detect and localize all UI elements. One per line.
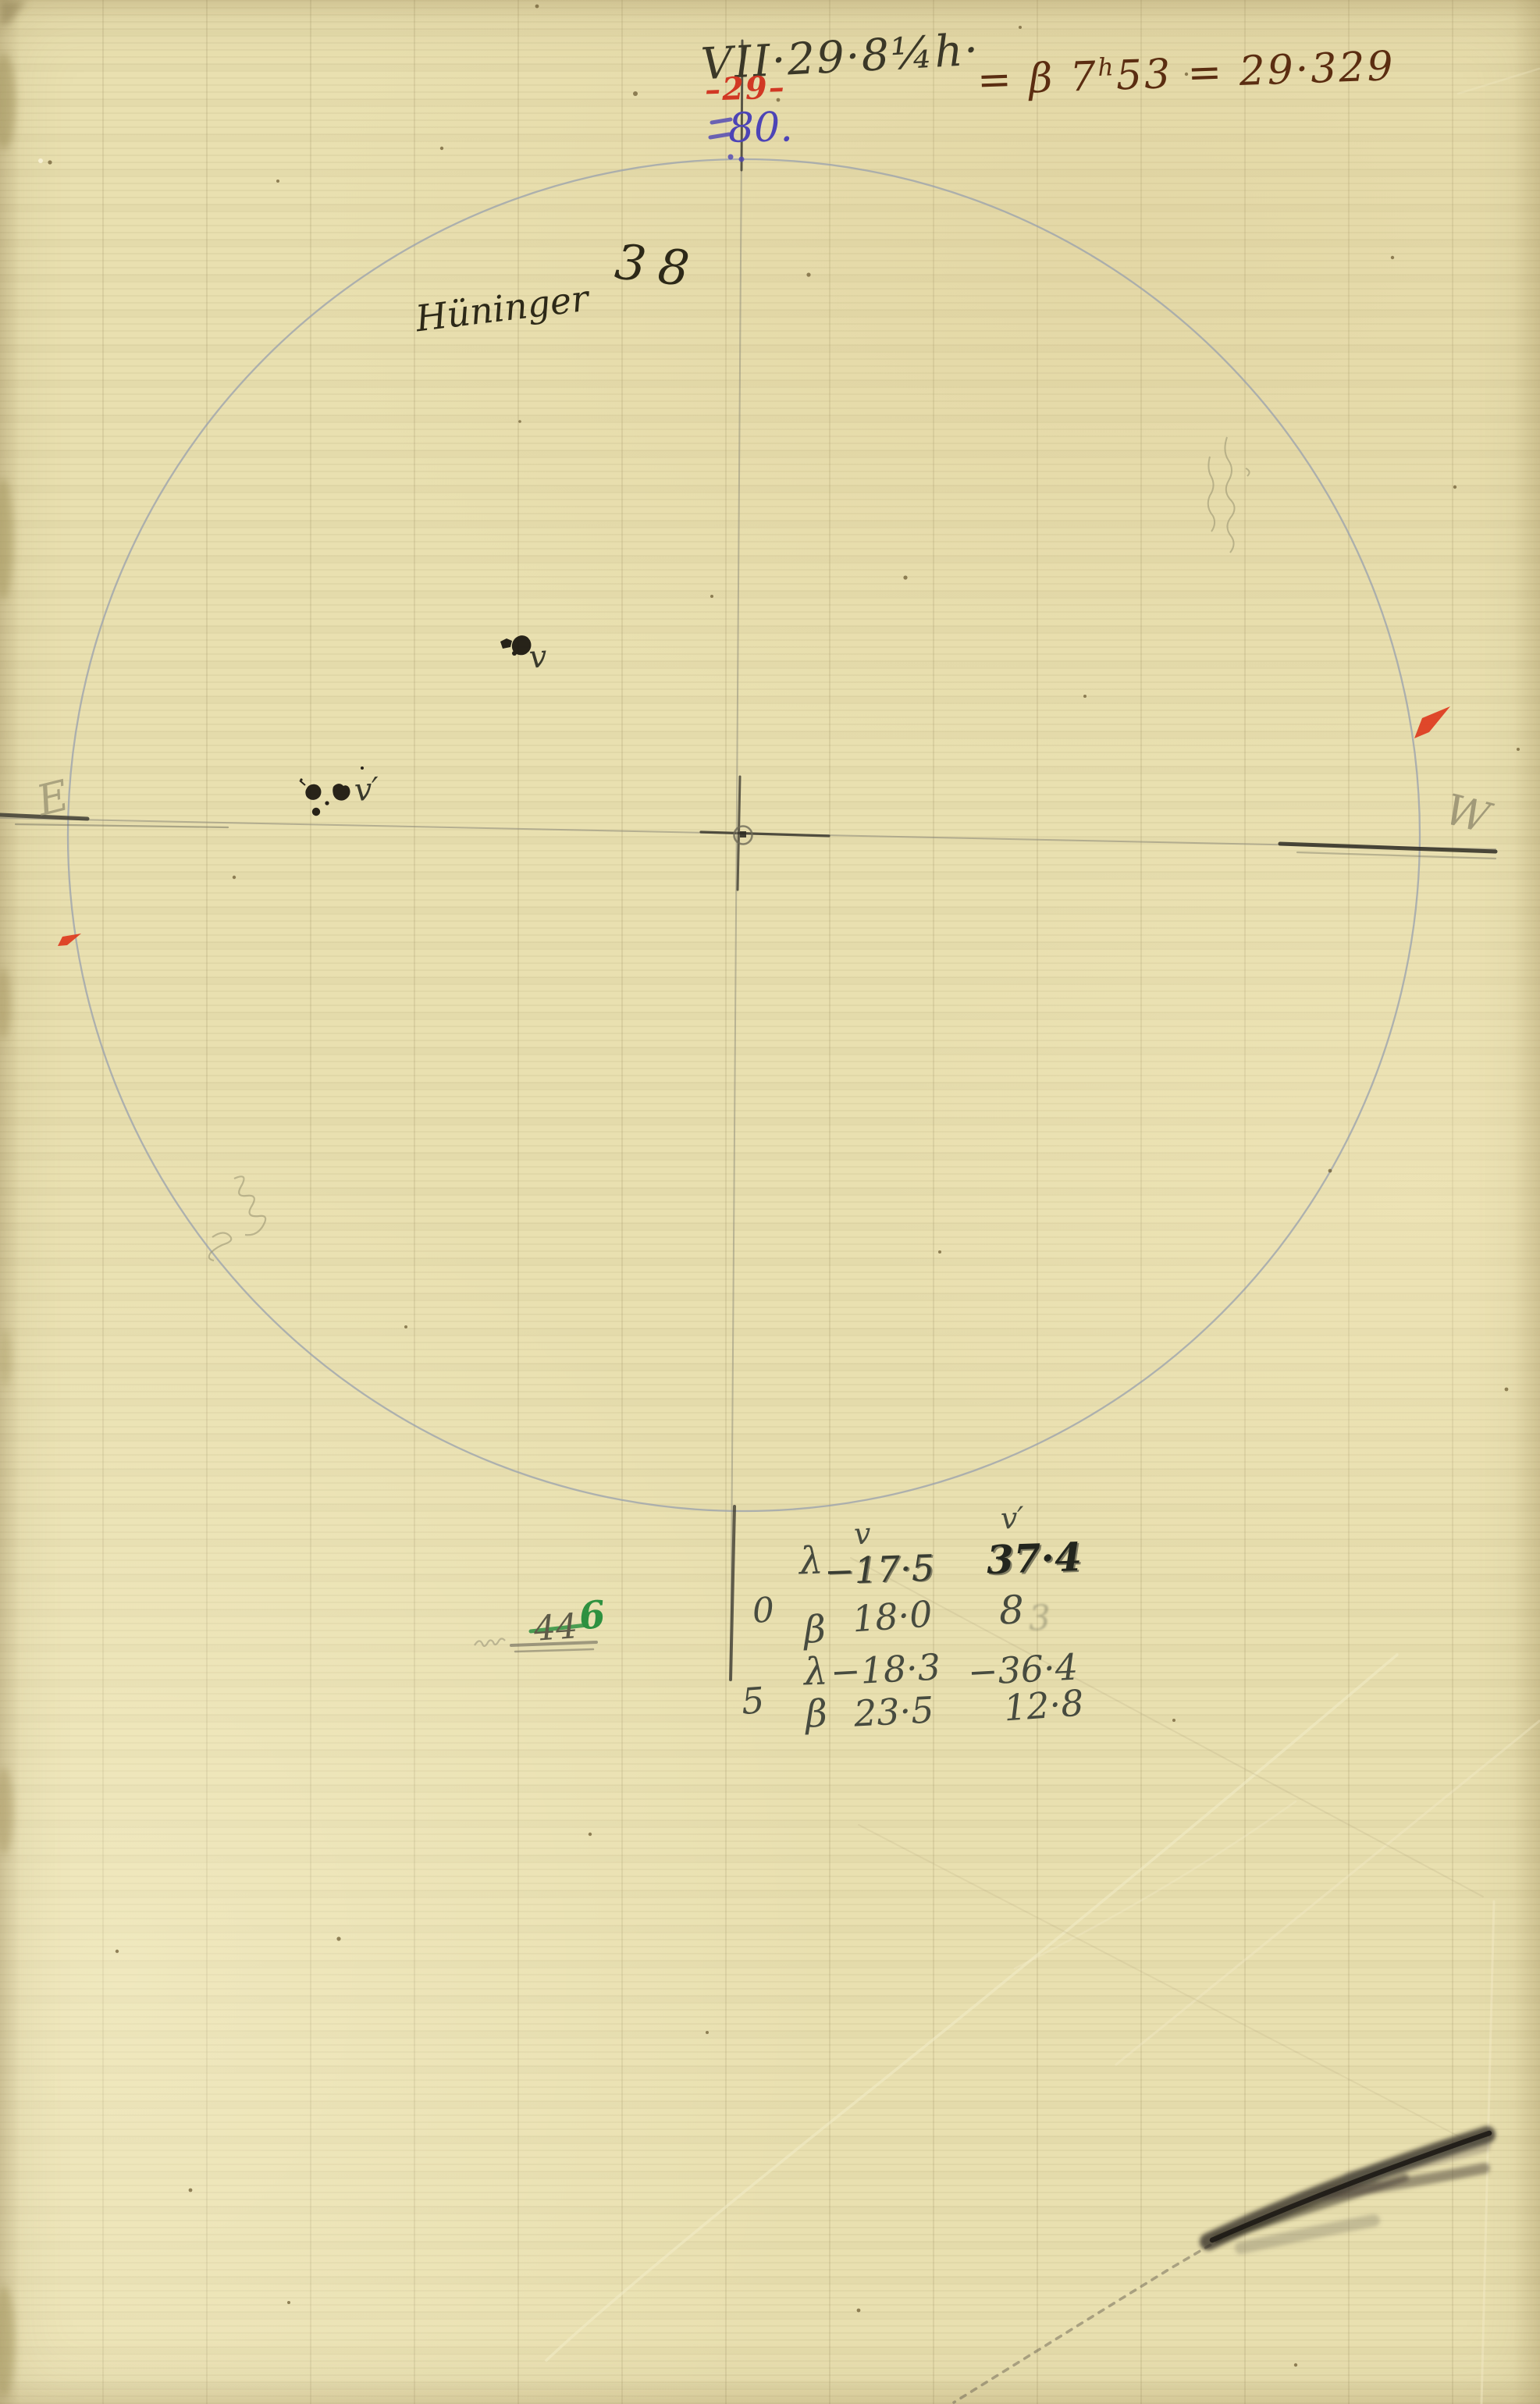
- pencil-scribble-upper-right: [1208, 437, 1250, 553]
- beta-symbol-row4: β: [805, 1695, 827, 1734]
- column-header-v: v: [853, 1518, 871, 1549]
- red-limb-tick-right: [1414, 706, 1450, 738]
- pencil-scribble-lower-left: [209, 1176, 265, 1261]
- pencil-scribble-mm: [475, 1638, 505, 1646]
- lambda-v-value-row1: −17·5: [823, 1550, 934, 1590]
- blue-year-number: 80.: [728, 107, 794, 148]
- beta-symbol-row2: β: [803, 1611, 826, 1649]
- smudged-digit-row2: 3: [1028, 1602, 1051, 1637]
- group-marker-0: 0: [751, 1593, 775, 1629]
- vertical-axis-line: [731, 41, 742, 1680]
- lambda-symbol-row1: λ: [798, 1542, 823, 1580]
- crossed-out-number: 44: [533, 1609, 579, 1647]
- beta-v-prime-value-row4: 12·8: [1003, 1684, 1085, 1726]
- column-header-v-prime: v′: [1000, 1502, 1025, 1534]
- beta-v-prime-value-row2: 8: [998, 1590, 1025, 1630]
- horizontal-axis-line: [0, 815, 1496, 859]
- red-day-number: –29–: [704, 72, 786, 106]
- formula-part-1: = β 7: [976, 53, 1099, 104]
- green-replacement-number: 6: [578, 1595, 607, 1635]
- lambda-v-prime-value-row1: 37·4: [986, 1538, 1082, 1580]
- group-marker-5: 5: [740, 1682, 765, 1719]
- red-limb-tick-left: [58, 934, 81, 946]
- formula-superscript-h: h: [1097, 53, 1116, 82]
- formula-part-2: 53 = 29·329: [1115, 43, 1396, 99]
- beta-v-value-row2: 18·0: [852, 1595, 934, 1637]
- drawing-layer: [0, 0, 1540, 2404]
- sunspot-group-v: [500, 635, 531, 656]
- observation-number: 38: [613, 237, 704, 294]
- paper-creases: [546, 69, 1539, 2404]
- lambda-v-value-row3: −18·3: [830, 1648, 941, 1690]
- spot-group-label-v: v: [528, 641, 548, 673]
- spot-group-label-v-prime: v′: [354, 773, 380, 806]
- beta-v-value-row4: 23·5: [853, 1691, 935, 1731]
- binding-edge-stains: [0, 0, 27, 2398]
- paper-specks: [38, 5, 1520, 2367]
- charcoal-smudge: [1208, 2133, 1489, 2248]
- lambda-symbol-row3: λ: [803, 1652, 828, 1691]
- scanned-sunspot-drawing-page: VII·29·8¼h· = β 7h53 = 29·329 –29– 80. 3…: [0, 0, 1540, 2404]
